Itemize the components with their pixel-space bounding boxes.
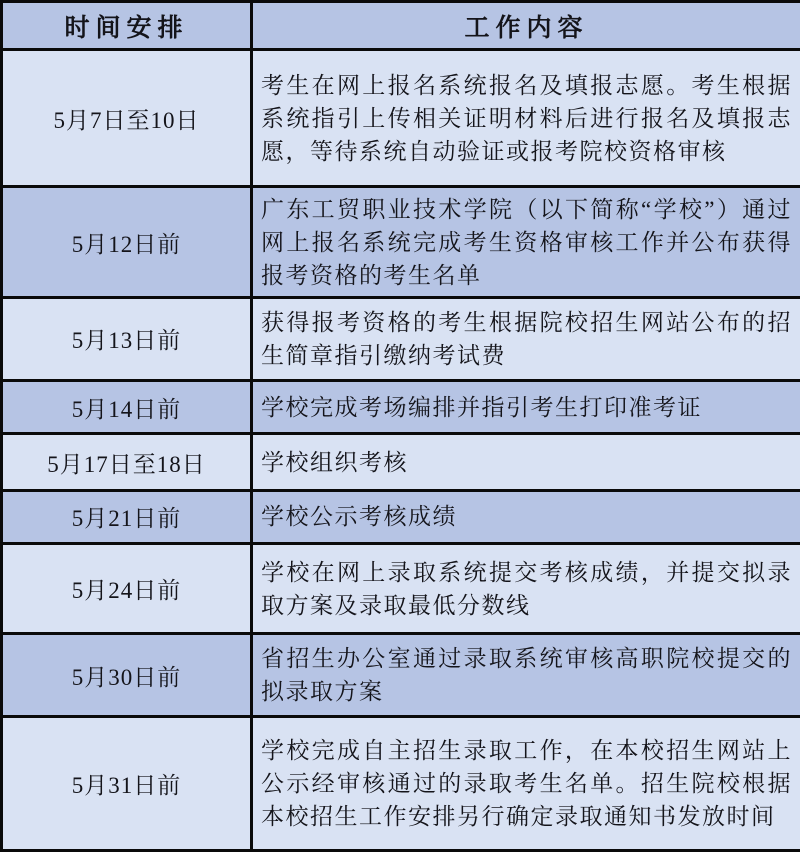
table-row: 5月7日至10日 考生在网上报名系统报名及填报志愿。考生根据系统指引上传相关证明…: [2, 50, 800, 187]
time-cell: 5月31日前: [2, 716, 252, 850]
content-cell: 广东工贸职业技术学院（以下简称“学校”）通过网上报名系统完成考生资格审核工作并公…: [252, 187, 800, 298]
header-row: 时间安排 工作内容: [2, 2, 800, 50]
time-cell: 5月17日至18日: [2, 434, 252, 491]
content-cell: 学校在网上录取系统提交考核成绩，并提交拟录取方案及录取最低分数线: [252, 544, 800, 634]
time-cell: 5月14日前: [2, 380, 252, 433]
table-row: 5月13日前 获得报考资格的考生根据院校招生网站公布的招生简章指引缴纳考试费: [2, 298, 800, 381]
content-cell: 获得报考资格的考生根据院校招生网站公布的招生简章指引缴纳考试费: [252, 298, 800, 381]
schedule-table: 时间安排 工作内容 5月7日至10日 考生在网上报名系统报名及填报志愿。考生根据…: [0, 0, 800, 852]
time-cell: 5月7日至10日: [2, 50, 252, 187]
table-row: 5月30日前 省招生办公室通过录取系统审核高职院校提交的拟录取方案: [2, 634, 800, 717]
table-header: 时间安排 工作内容: [2, 2, 800, 50]
content-cell: 学校公示考核成绩: [252, 490, 800, 543]
table-row: 5月21日前 学校公示考核成绩: [2, 490, 800, 543]
content-cell: 考生在网上报名系统报名及填报志愿。考生根据系统指引上传相关证明材料后进行报名及填…: [252, 50, 800, 187]
header-cell-content: 工作内容: [252, 2, 800, 50]
time-cell: 5月30日前: [2, 634, 252, 717]
content-cell: 学校组织考核: [252, 434, 800, 491]
table-row: 5月17日至18日 学校组织考核: [2, 434, 800, 491]
time-cell: 5月21日前: [2, 490, 252, 543]
content-cell: 学校完成自主招生录取工作，在本校招生网站上公示经审核通过的录取考生名单。招生院校…: [252, 716, 800, 850]
table-row: 5月12日前 广东工贸职业技术学院（以下简称“学校”）通过网上报名系统完成考生资…: [2, 187, 800, 298]
table-row: 5月31日前 学校完成自主招生录取工作，在本校招生网站上公示经审核通过的录取考生…: [2, 716, 800, 850]
header-cell-time: 时间安排: [2, 2, 252, 50]
table-body: 5月7日至10日 考生在网上报名系统报名及填报志愿。考生根据系统指引上传相关证明…: [2, 50, 800, 851]
time-cell: 5月12日前: [2, 187, 252, 298]
content-cell: 省招生办公室通过录取系统审核高职院校提交的拟录取方案: [252, 634, 800, 717]
table-row: 5月14日前 学校完成考场编排并指引考生打印准考证: [2, 380, 800, 433]
time-cell: 5月24日前: [2, 544, 252, 634]
content-cell: 学校完成考场编排并指引考生打印准考证: [252, 380, 800, 433]
table-row: 5月24日前 学校在网上录取系统提交考核成绩，并提交拟录取方案及录取最低分数线: [2, 544, 800, 634]
time-cell: 5月13日前: [2, 298, 252, 381]
